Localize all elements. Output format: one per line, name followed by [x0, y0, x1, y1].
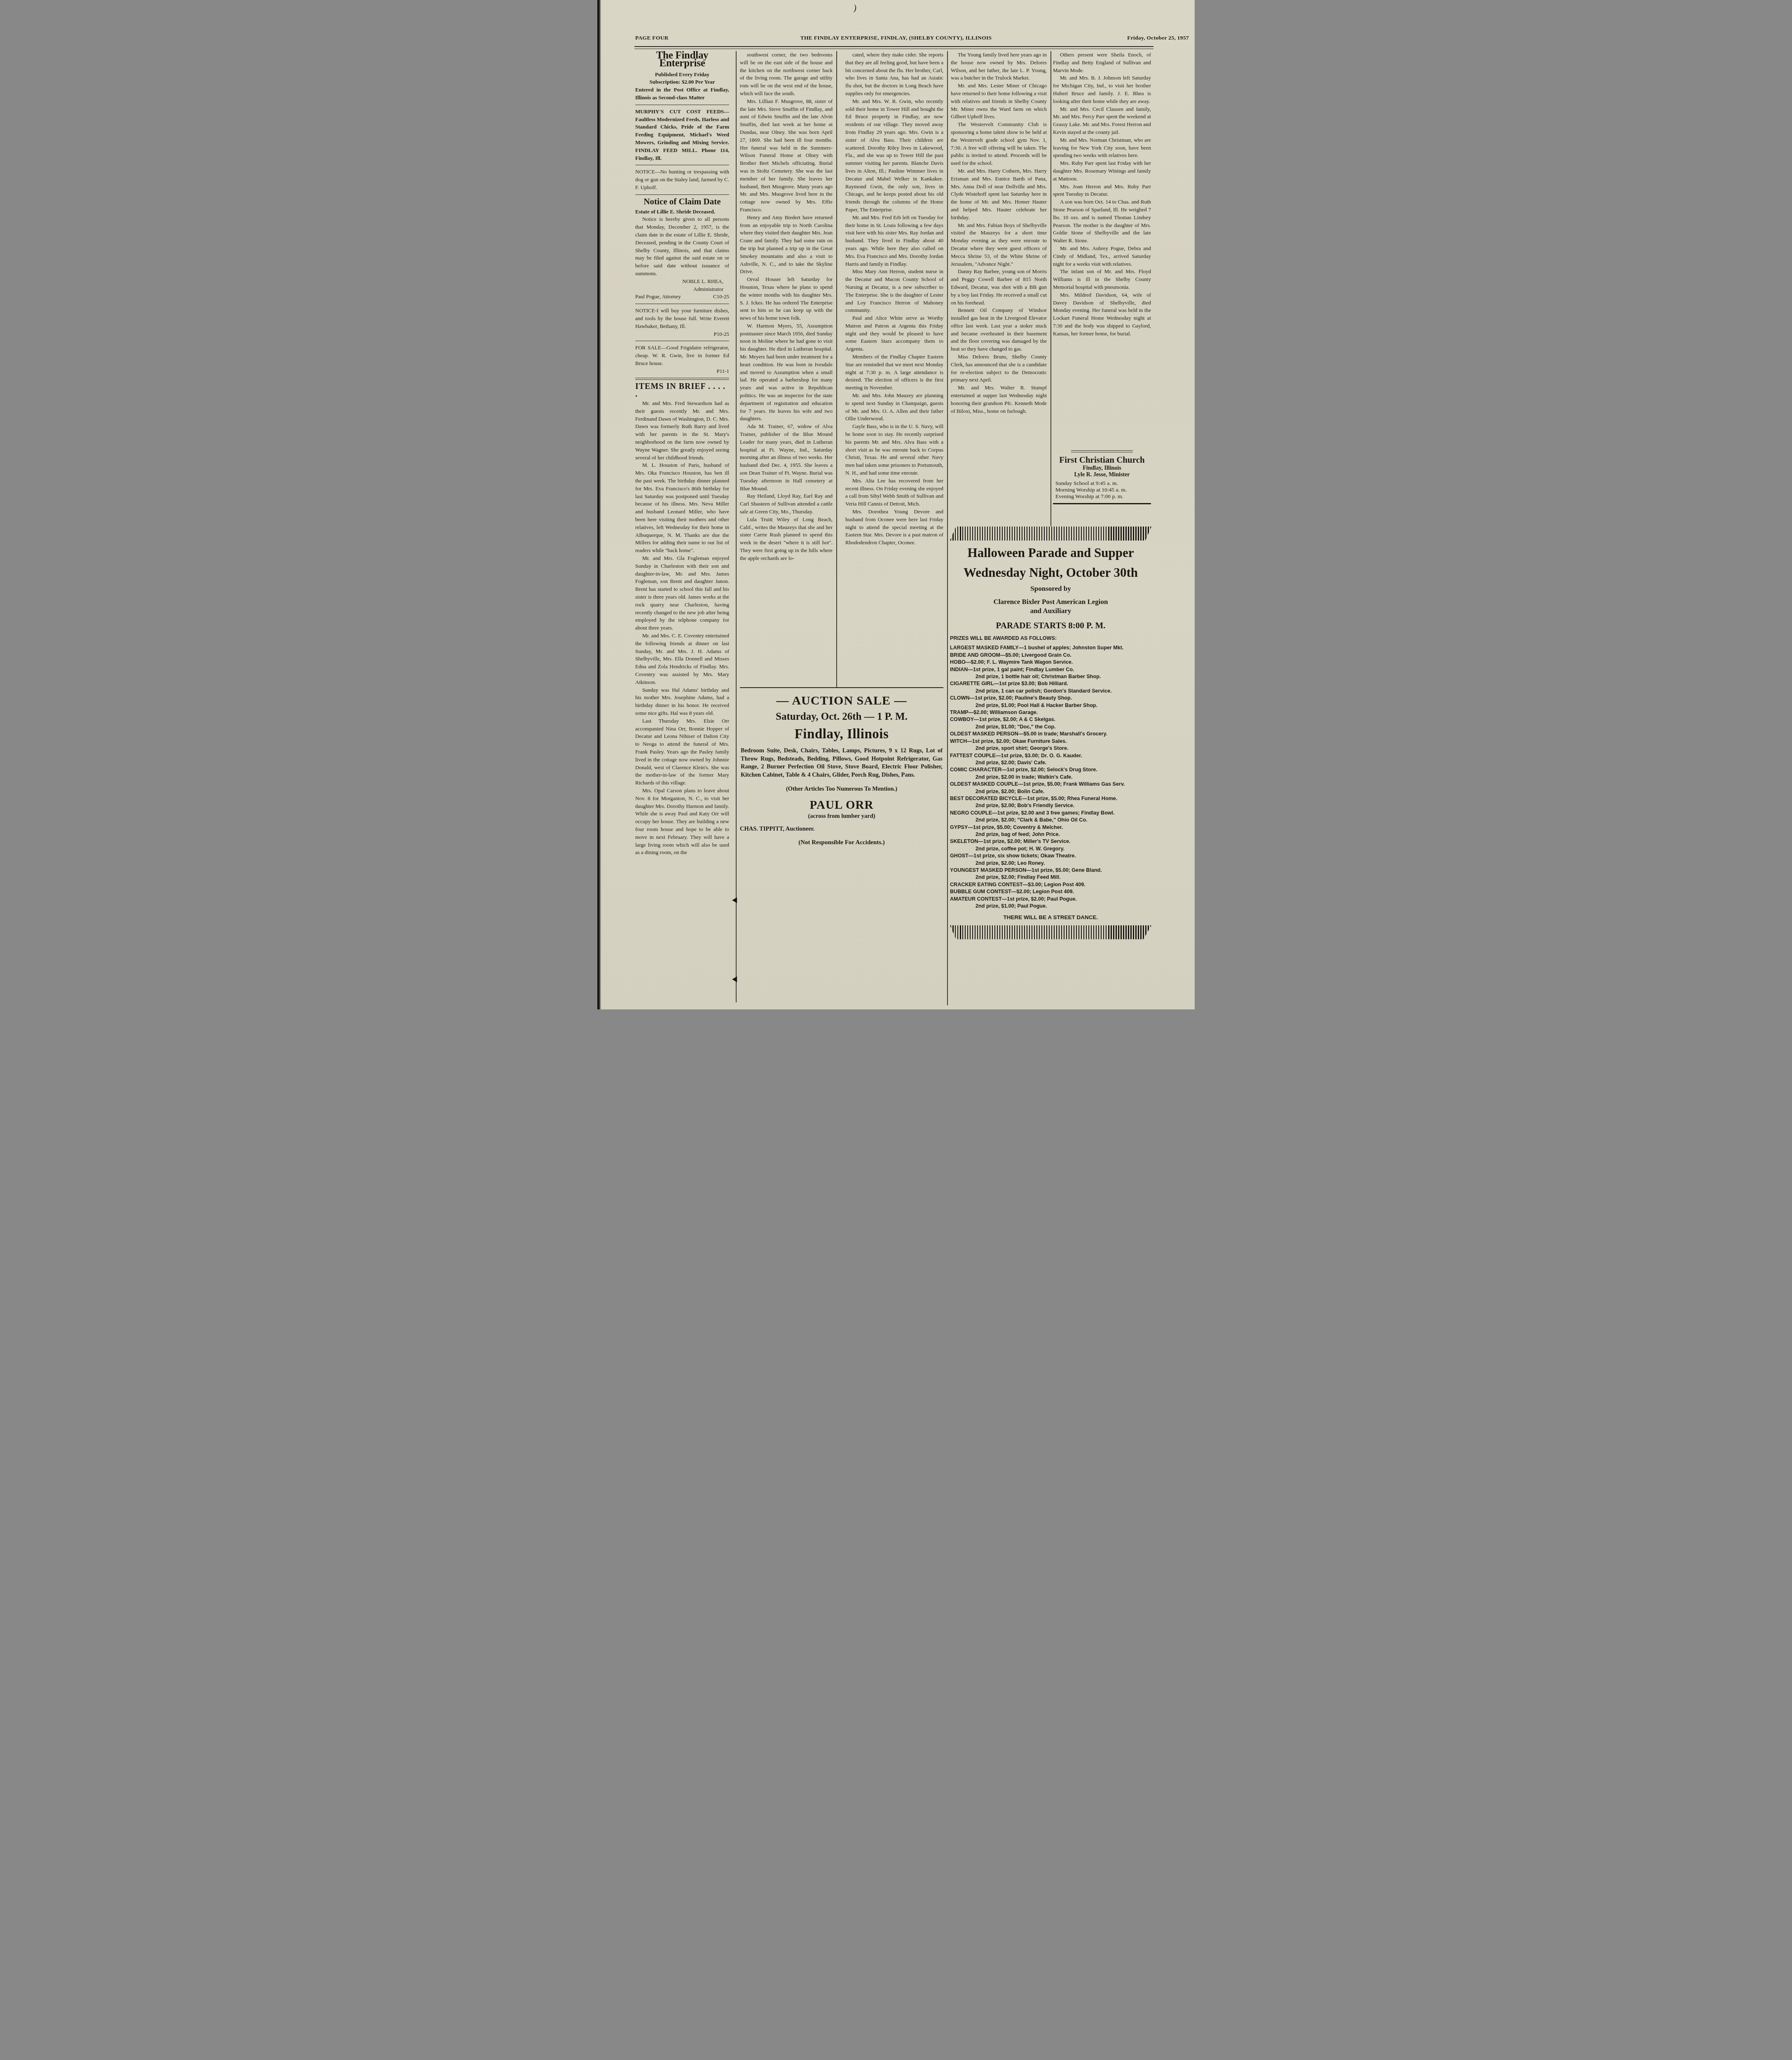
news-article: Ada M. Trainer, 67, widow of Alva Traine… [740, 423, 833, 492]
prize-entry-second: 2nd prize, $2.00; Bolin Cafe. [950, 788, 1151, 795]
news-article: Mr. and Mrs. Fred Erb left on Tuesday fo… [845, 214, 943, 268]
news-article: Mr. and Mrs. Aubrey Pogue, Debra and Cin… [1053, 245, 1151, 268]
section-rule [635, 194, 729, 195]
street-dance-line: THERE WILL BE A STREET DANCE. [950, 914, 1151, 921]
news-article: Mrs. Alta Lee has recovered from her rec… [845, 477, 943, 508]
parade-time: PARADE STARTS 8:00 P. M. [950, 620, 1151, 631]
prize-entry-second: 2nd prize, 1 can car polish; Gordon's St… [950, 688, 1151, 695]
prize-entry: CLOWN—1st prize, $2.00; Pauline's Beauty… [950, 695, 1151, 702]
news-article: Mr. and Mrs. C. E. Coventry entertained … [635, 632, 729, 686]
notice-code: C10-25 [713, 293, 729, 301]
column-3-articles: cated, where they make cider. She report… [845, 51, 943, 547]
auction-place: Findlay, Illinois [740, 727, 943, 742]
news-article: Mrs. Ruby Parr spent last Friday with he… [1053, 159, 1151, 183]
attorney-row: Paul Pogue, Attorney C10-25 [635, 293, 729, 301]
sponsored-by: Sponsored by [950, 584, 1151, 593]
church-minister: Lyle R. Jesse, Minister [1053, 472, 1151, 478]
prize-entry: GYPSY—1st prize, $5.00; Coventry & Melch… [950, 824, 1151, 831]
prize-entry: CRACKER EATING CONTEST—$3.00; Legion Pos… [950, 881, 1151, 888]
section-rule [635, 165, 729, 165]
auctioneer-name: CHAS. TIPPITT, Auctioneer. [740, 826, 943, 833]
prize-entry-second: 2nd prize, 1 bottle hair oil; Christman … [950, 673, 1151, 680]
auction-seller: PAUL ORR [740, 798, 943, 812]
section-rule [635, 105, 729, 105]
column-5-articles: Others present were Sheila Enoch, of Fin… [1053, 51, 1151, 337]
news-article: Miss Delores Bruns, Shelby County Clerk,… [951, 353, 1047, 384]
header-rule [634, 46, 1153, 49]
news-article: A son was born Oct. 14 to Chas. and Ruth… [1053, 198, 1151, 245]
news-article: Bennett Oil Company of Windsor installed… [951, 307, 1047, 353]
prize-entry: FATTEST COUPLE—1st prize, $3.00; Dr. O. … [950, 752, 1151, 759]
prize-entry: SKELETON—1st prize, $2.00; Miller's TV S… [950, 838, 1151, 845]
decorative-bar [950, 925, 1151, 939]
newspaper-page: ) PAGE FOUR THE FINDLAY ENTERPRISE, FIND… [597, 0, 1195, 1009]
items-in-brief-articles: Mr. and Mrs. Fred Stewardson had as thei… [635, 400, 729, 857]
news-article: Mr. and Mrs. Fabian Boys of Shelbyville … [951, 222, 1047, 268]
auction-ad: — AUCTION SALE — Saturday, Oct. 26th — 1… [740, 687, 943, 900]
notice-code: P10-25 [635, 330, 729, 338]
news-article: Sunday was Hal Adams' birthday and his m… [635, 686, 729, 717]
arrow-artifact [732, 976, 737, 982]
news-article: Lula Truitt Wiley of Long Beach, Calif.,… [740, 516, 833, 562]
prize-entry-second: 2nd prize, sport shirt; George's Store. [950, 745, 1151, 752]
auction-date: Saturday, Oct. 26th — 1 P. M. [740, 711, 943, 723]
news-article: M. L. Houston of Paris, husband of Mrs. … [635, 461, 729, 555]
news-article: Henry and Amy Biedert have returned from… [740, 214, 833, 276]
prize-entry-second: 2nd prize, $1.00; "Doc," the Cop. [950, 723, 1151, 730]
claim-notice: Notice of Claim Date Estate of Lillie E.… [635, 198, 729, 301]
prize-entry: CIGARETTE GIRL—1st prize $3.00; Bob Hill… [950, 680, 1151, 687]
news-article: Members of the Findlay Chapter Eastern S… [845, 353, 943, 392]
section-rule [635, 341, 729, 341]
prizes-heading: PRIZES WILL BE AWARDED AS FOLLOWS: [950, 635, 1151, 642]
prize-entry: HOBO—$2.00; F. L. Waymire Tank Wagon Ser… [950, 659, 1151, 666]
attorney-name: Paul Pogue, Attorney [635, 293, 681, 301]
church-service-time: Morning Worship at 10:45 a. m. [1053, 487, 1151, 493]
halloween-title-line2: Wednesday Night, October 30th [950, 565, 1151, 580]
church-service-time: Sunday School at 9:45 a. m. [1053, 480, 1151, 487]
prize-entry: GHOST—1st prize, six show tickets; Okaw … [950, 852, 1151, 859]
news-article: Mr. and Mrs. Norman Christman, who are l… [1053, 136, 1151, 159]
news-article: The Westervelt Community Club is sponsor… [951, 121, 1047, 167]
masthead: The Findlay Enterprise Published Every F… [635, 52, 729, 102]
prize-entry-second: 2nd prize, $1.00; Pool Hall & Hacker Bar… [950, 702, 1151, 709]
church-name: First Christian Church [1053, 455, 1151, 465]
column-5: Others present were Sheila Enoch, of Fin… [1053, 51, 1151, 337]
claim-notice-headline: Notice of Claim Date [635, 198, 729, 206]
news-article: Miss Mary Ann Herron, student nurse in t… [845, 268, 943, 314]
news-article: Mrs. Dorothea Young Devore and husband f… [845, 508, 943, 547]
prize-entry: BRIDE AND GROOM—$5.00; Livergood Grain C… [950, 652, 1151, 659]
notice-code: P11-1 [635, 368, 729, 375]
column-1: The Findlay Enterprise Published Every F… [635, 51, 729, 857]
halloween-ad: Halloween Parade and Supper Wednesday Ni… [950, 527, 1151, 1007]
church-city: Findlay, Illinois [1053, 465, 1151, 472]
news-article: cated, where they make cider. She report… [845, 51, 943, 98]
prize-entry-second: 2nd prize, coffee pot; H. W. Gregory. [950, 845, 1151, 852]
furniture-notice: NOTICE-I will buy your furniture dishes,… [635, 307, 729, 338]
prize-entry-second: 2nd prize, $2.00; Findlay Feed Mill. [950, 874, 1151, 881]
claim-body: Notice is hereby given to all persons th… [635, 215, 729, 277]
for-sale-notice: FOR SALE—Good Frigidaire refrigerator, c… [635, 344, 729, 375]
auction-headline: — AUCTION SALE — [740, 694, 943, 708]
prize-entry: AMATEUR CONTEST—1st prize, $2.00; Paul P… [950, 896, 1151, 903]
news-article: Mr. and Mrs. Cecil Clausen and family, M… [1053, 105, 1151, 136]
prize-entry: COMIC CHARACTER—1st prize, $2.00; Selock… [950, 766, 1151, 773]
printing-artifact: ) [853, 2, 857, 14]
news-article: Mrs. Mildred Davidson, 64, wife of Davey… [1053, 291, 1151, 338]
sponsor-name2: and Auxiliary [950, 606, 1151, 616]
column-4-articles: The Young family lived here years ago in… [951, 51, 1047, 415]
prize-entry: BEST DECORATED BICYCLE—1st prize, $5.00;… [950, 795, 1151, 802]
scan-edge-artifact [597, 0, 601, 1009]
column-divider [736, 51, 737, 1002]
claim-signature: NOBLE L. RHEA, [635, 278, 729, 286]
news-article: Mrs. Lillian F. Musgrove, 88, sister of … [740, 98, 833, 214]
news-article: Last Thursday Mrs. Elsie Orr accompanied… [635, 717, 729, 787]
news-article: Mr. and Mrs. Harry Cothern, Mrs. Harry E… [951, 167, 1047, 222]
claim-signature-title: Administrator [635, 286, 729, 293]
masthead-line: Published Every Friday [635, 71, 729, 79]
auction-top-rule [740, 687, 943, 688]
column-4: The Young family lived here years ago in… [951, 51, 1047, 415]
news-article: Ray Heiland, Lloyd Ray, Earl Ray and Car… [740, 492, 833, 515]
arrow-artifact [732, 897, 737, 903]
prize-entry: OLDEST MASKED PERSON—$5.00 in trade; Mar… [950, 730, 1151, 737]
news-article: Gayle Bass, who is in the U. S. Navy, wi… [845, 423, 943, 477]
prize-entry-second: 2nd prize, $2.00; Leo Roney. [950, 860, 1151, 867]
auction-disclaimer: (Not Responsible For Accidents.) [740, 839, 943, 846]
news-article: The infant son of Mr. and Mrs. Floyd Wil… [1053, 268, 1151, 291]
decorative-bar [950, 527, 1151, 541]
prize-entries: LARGEST MASKED FAMILY—1 bushel of apples… [950, 644, 1151, 910]
news-article: Paul and Alice White serve as Worthy Mat… [845, 314, 943, 353]
church-notice: First Christian Church Findlay, Illinois… [1053, 450, 1151, 525]
section-rule [635, 378, 729, 380]
masthead-title: The Findlay Enterprise [635, 52, 729, 68]
column-divider [947, 51, 948, 1005]
masthead-line: Subscription: $2.00 Per Year [635, 78, 729, 86]
news-article: Orval Houser left Saturday for Houston, … [740, 276, 833, 322]
column-2: southwest corner, the two bedrooms will … [740, 51, 833, 562]
column-3: cated, where they make cider. She report… [845, 51, 943, 547]
prize-entry-second: 2nd prize, $2.00 in trade; Watkin's Cafe… [950, 774, 1151, 781]
news-article: Mrs. Opal Carson plans to leave about No… [635, 787, 729, 857]
prize-entry-second: 2nd prize, $2.00; "Clark & Babe," Ohio O… [950, 817, 1151, 824]
section-rule [635, 304, 729, 304]
news-article: The Young family lived here years ago in… [951, 51, 1047, 82]
news-article: Mrs. Joan Herron and Mrs. Ruby Parr spen… [1053, 183, 1151, 199]
news-article: Mr. and Mrs. B. J. Johnson left Saturday… [1053, 74, 1151, 105]
for-sale-text: FOR SALE—Good Frigidaire refrigerator, c… [635, 344, 729, 367]
church-top-rule [1071, 450, 1133, 452]
prize-entry-second: 2nd prize, $2.00; Davis' Cafe. [950, 759, 1151, 766]
issue-date: Friday, October 25, 1957 [1127, 35, 1189, 41]
news-article: Mr. and Mrs. Fred Stewardson had as thei… [635, 400, 729, 461]
prize-entry: YOUNGEST MASKED PERSON—1st prize, $5.00;… [950, 867, 1151, 874]
news-article: Mr. and Mrs. John Mauzey are planning to… [845, 392, 943, 423]
halloween-title-line1: Halloween Parade and Supper [950, 545, 1151, 560]
hunting-notice: NOTICE—No hunting or trespassing with do… [635, 168, 729, 191]
church-bottom-rule [1053, 503, 1151, 504]
auction-note: (Other Articles Too Numerous To Mention.… [740, 786, 943, 793]
prize-entry: TRAMP—$2.00; Williamson Garage. [950, 709, 1151, 716]
claim-estate-line: Estate of Lillie E. Shride Deceased. [635, 208, 729, 216]
items-in-brief-headline: ITEMS IN BRIEF . . . . . [635, 383, 729, 398]
auction-items: Bedroom Suite, Desk, Chairs, Tables, Lam… [741, 747, 943, 779]
column-2-articles: southwest corner, the two bedrooms will … [740, 51, 833, 562]
church-service-time: Evening Worship at 7:00 p. m. [1053, 493, 1151, 500]
prize-entry-second: 2nd prize, $2.00; Bob's Friendly Service… [950, 802, 1151, 809]
news-article: Others present were Sheila Enoch, of Fin… [1053, 51, 1151, 74]
newspaper-title-header: THE FINDLAY ENTERPRISE, FINDLAY, (SHELBY… [597, 35, 1195, 41]
prize-entry: OLDEST MASKED COUPLE—1st prize, $5.00; F… [950, 781, 1151, 788]
prize-entry: LARGEST MASKED FAMILY—1 bushel of apples… [950, 644, 1151, 651]
news-article: Mr. and Mrs. W. R. Gwin, who recently so… [845, 98, 943, 214]
auction-location: (across from lumber yard) [740, 813, 943, 820]
prize-entry: BUBBLE GUM CONTEST—$2.00; Legion Post 40… [950, 888, 1151, 895]
news-article: Mr. and Mrs. Lester Miner of Chicago hav… [951, 82, 1047, 121]
prize-entry: COWBOY—1st prize, $2.00; A & C Skelgas. [950, 716, 1151, 723]
news-article: W. Harmon Myers, 55, Assumption postmast… [740, 322, 833, 423]
prize-entry-second: 2nd prize, $1.00; Paul Pogue. [950, 903, 1151, 910]
prize-entry: INDIAN—1st prize, 1 gal paint; Findlay L… [950, 666, 1151, 673]
furniture-notice-text: NOTICE-I will buy your furniture dishes,… [635, 307, 729, 330]
prize-entry: WITCH—1st prize, $2.00; Okaw Furniture S… [950, 738, 1151, 745]
news-article: Danny Ray Barbee, young son of Morris an… [951, 268, 1047, 307]
sponsor-name: Clarence Bixler Post American Legion [950, 597, 1151, 606]
news-article: southwest corner, the two bedrooms will … [740, 51, 833, 98]
news-article: Mr. and Mrs. Walter R. Stumpf entertaine… [951, 384, 1047, 415]
murphy-feed-ad: MURPHY'S CUT COST FEEDS—Faultless Modern… [635, 108, 729, 162]
prize-entry: NEGRO COUPLE—1st prize, $2.00 and 3 free… [950, 810, 1151, 817]
column-divider [1050, 51, 1051, 526]
prize-list: PRIZES WILL BE AWARDED AS FOLLOWS: LARGE… [950, 635, 1151, 921]
prize-entry-second: 2nd prize, bag of feed; John Price. [950, 831, 1151, 838]
news-article: Mr. and Mrs. Gla Fogleman enjoyed Sunday… [635, 555, 729, 632]
masthead-line: Entered in the Post Office at Findlay, I… [635, 86, 729, 102]
column-divider [836, 51, 837, 687]
